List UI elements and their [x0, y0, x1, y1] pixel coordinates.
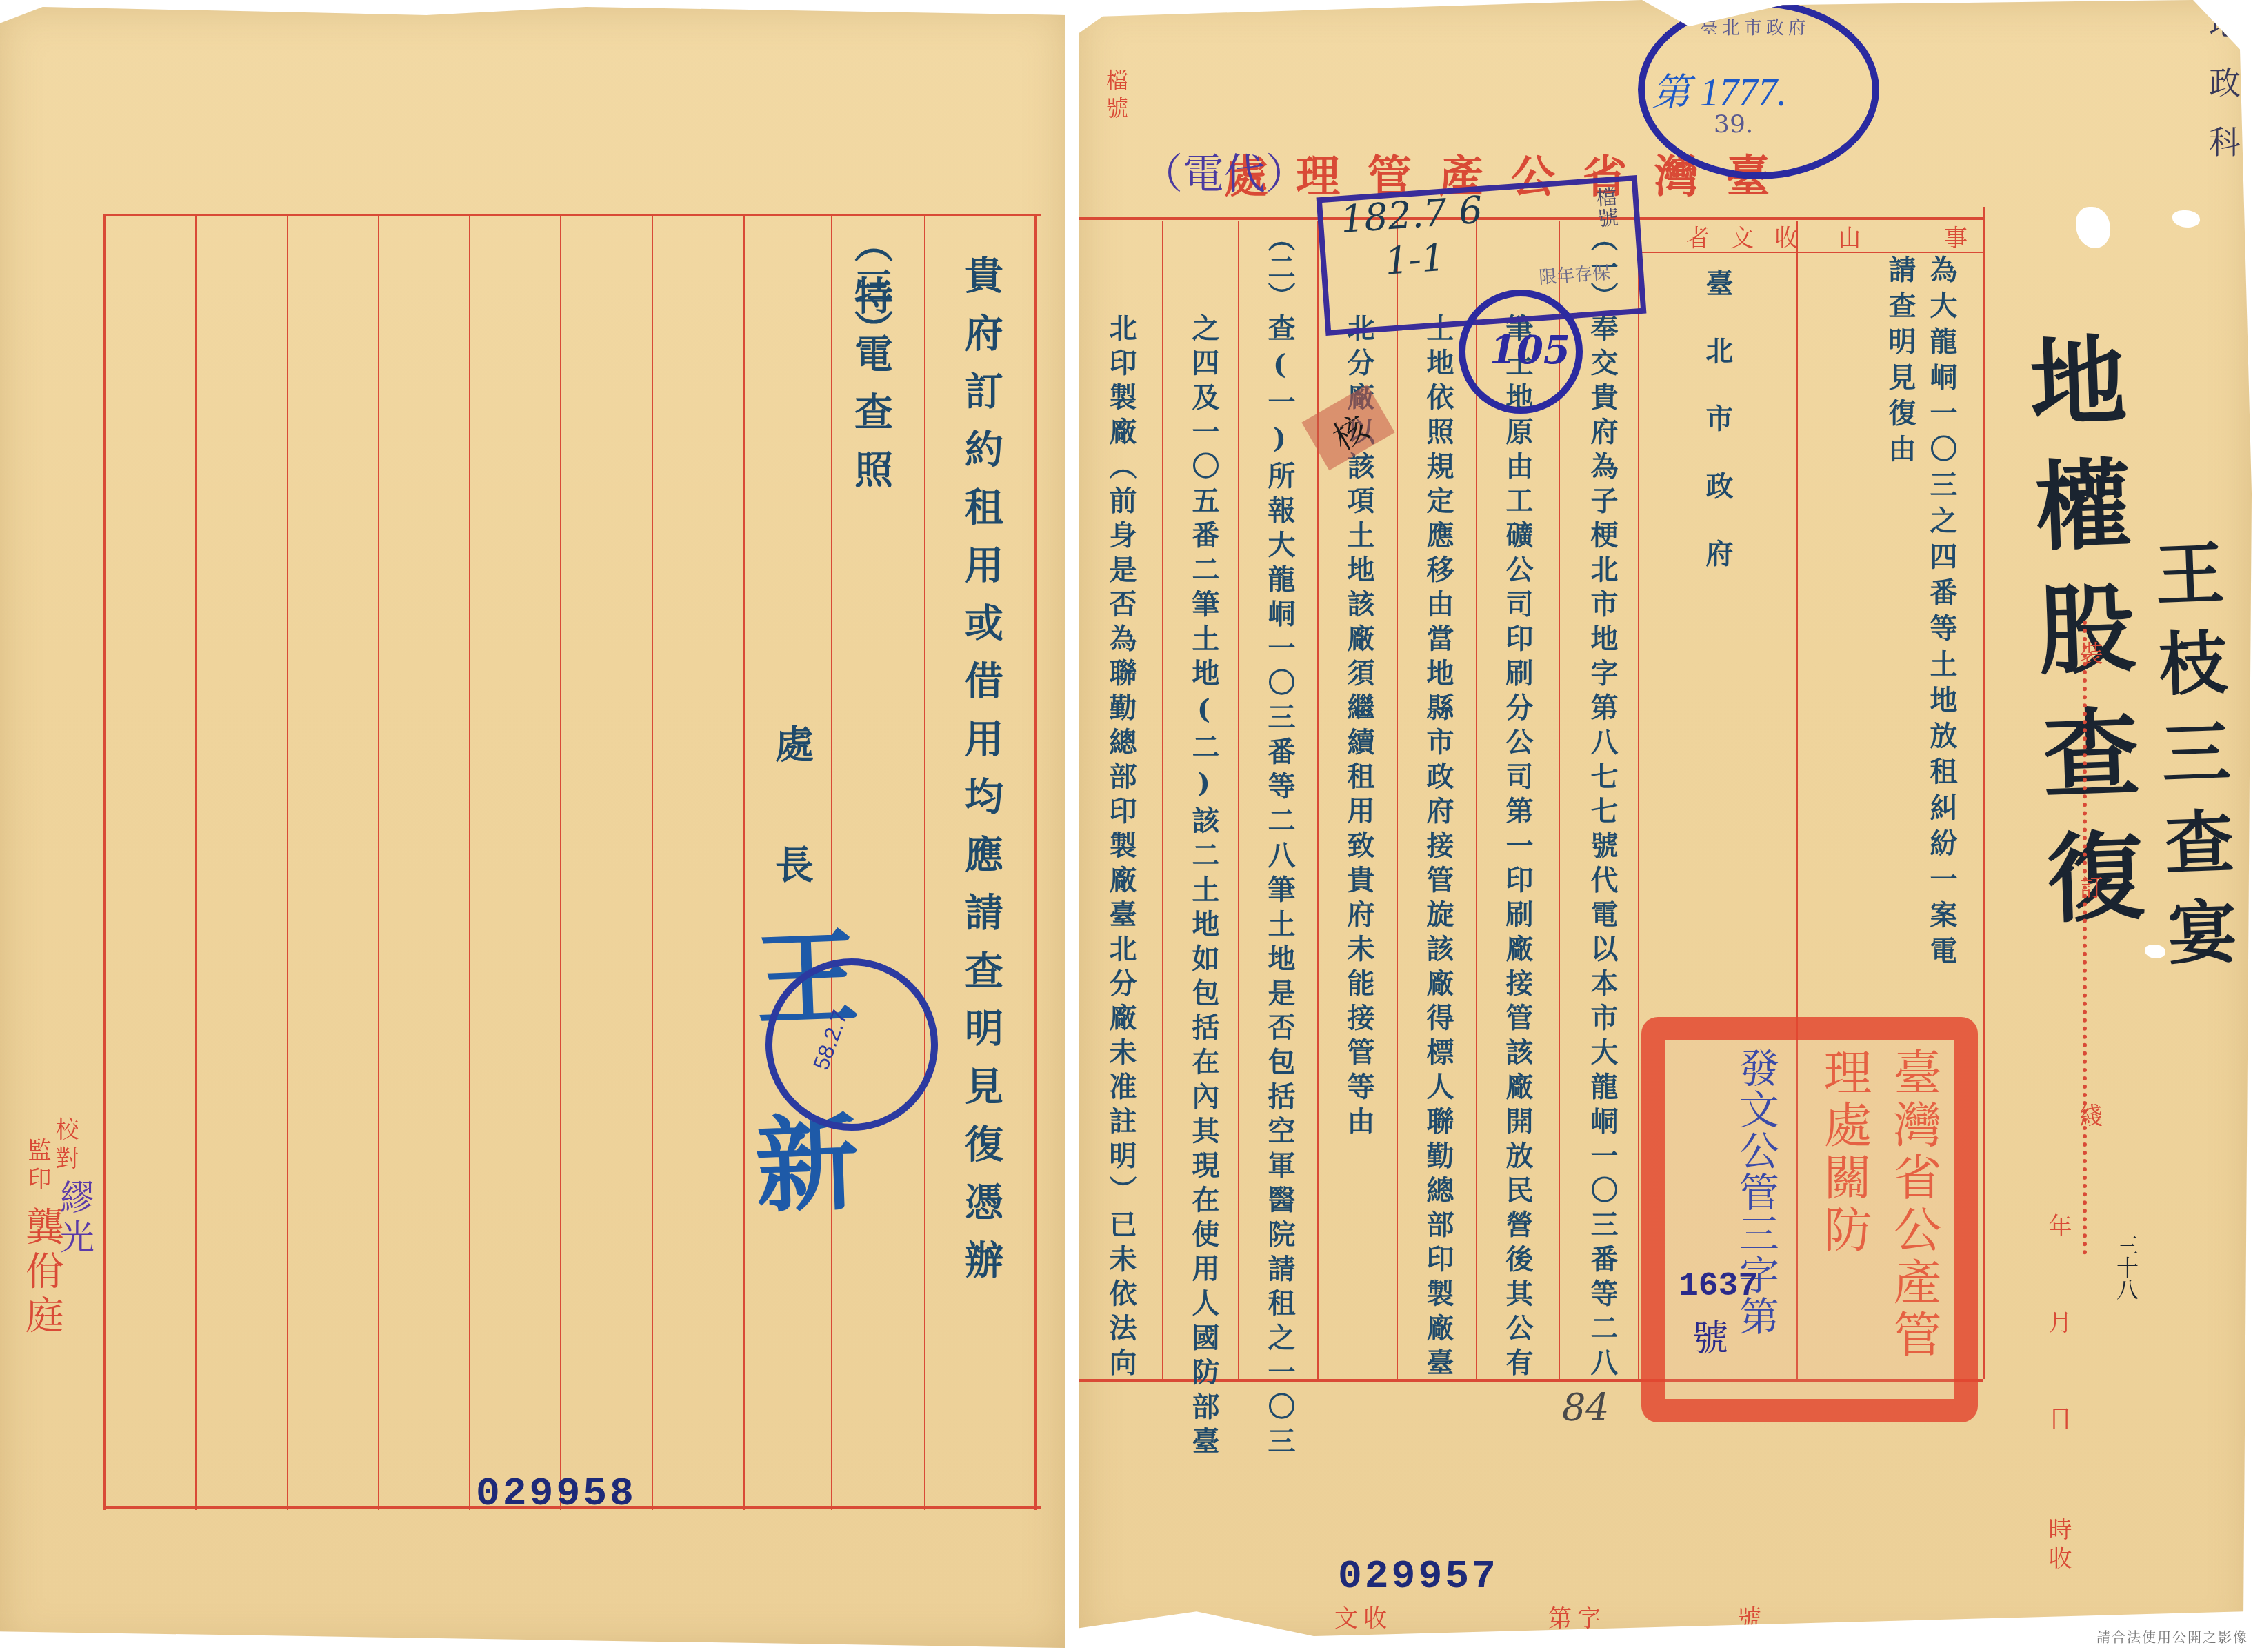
archive-value-2: 1-1 — [1383, 236, 1446, 283]
watermark-notice: 請合法使用公開之影像 — [2096, 1626, 2248, 1646]
body-item1-line3: 土地依照規定應移由當地縣市政府接管旋該廠得標人聯勤總部印製廠臺 — [1424, 314, 1452, 1382]
binding-dots — [2083, 621, 2087, 1255]
bottom-label-char: 字第 — [1548, 1600, 1606, 1633]
column-rule — [287, 214, 288, 1510]
bind-label-3: 綫 — [2072, 1103, 2106, 1132]
form-left-border — [103, 214, 106, 1510]
signatory-title-2: 長 — [772, 845, 811, 903]
bind-label-2: 訂 — [2072, 876, 2106, 905]
circle-mark-stamp: 105 — [1459, 290, 1583, 414]
file-number-label: 檔號 — [1100, 69, 1132, 124]
recipient-value: 臺北市政府 — [1703, 269, 1731, 607]
signatory-title-1: 處 — [772, 724, 811, 782]
official-seal: 臺灣省公產管理處關防 發文公管三字第 1637 號 — [1641, 1017, 1978, 1422]
dispatch-suffix: 號 — [1692, 1309, 1728, 1361]
page-count: 84 — [1562, 1386, 1610, 1429]
column-rule — [378, 214, 379, 1510]
column-rule — [560, 214, 561, 1510]
column-rule — [1397, 221, 1398, 1379]
archive-value-1: 182.7 6 — [1339, 188, 1484, 241]
column-rule — [1317, 221, 1319, 1379]
date-label-received: 時收 — [2041, 1517, 2075, 1575]
approval-seal: 核 — [1301, 385, 1394, 470]
item2-marker: （二） — [1265, 224, 1293, 311]
form-right-border — [1034, 214, 1037, 1510]
body-item1-line2: 筆土地原由工礦公司印刷分公司第一印刷廠接管該廠開放民營後其公有 — [1503, 314, 1531, 1382]
serial-right: 029957 — [1338, 1555, 1499, 1600]
receipt-year: 39. — [1714, 110, 1753, 139]
column-rule — [743, 214, 745, 1510]
bottom-label-number: 號 — [1738, 1600, 1761, 1633]
left-page: 貴府訂約租用或借用均應請查明見復憑辦 （三） 特電查照 處 長 王 新 58.2… — [0, 7, 1065, 1648]
column-rule — [1162, 221, 1163, 1379]
dispatch-number: 1637 — [1679, 1268, 1758, 1305]
handwritten-date: 三十八 — [2110, 1234, 2142, 1300]
body-item2-line4: 貴府訂約租用或借用均應請查明見復憑辦 — [962, 255, 1001, 1298]
form-top-border — [103, 214, 1041, 216]
right-page: 臺灣省公產管理處 （代電） 檔號 事由 收文者 為大龍峒一〇三之四番等土地放租糾… — [1079, 0, 2252, 1644]
date-label-year: 年 — [2041, 1213, 2075, 1242]
dated-seal-date: 58.2.7 — [808, 1007, 853, 1073]
column-rule — [195, 214, 197, 1510]
column-rule — [652, 214, 653, 1510]
circle-mark: 105 — [1490, 328, 1570, 373]
title-suffix: （代電） — [1141, 141, 1307, 201]
recipient-label: 收文者 — [1686, 219, 1819, 253]
column-rule — [1238, 221, 1239, 1379]
body-item2-line3: 北印製廠（前身是否為聯勤總部印製廠臺北分廠未准註明）已未依法向 — [1107, 314, 1134, 1382]
dated-seal: 58.2.7 — [765, 958, 938, 1131]
date-label-day: 日 — [2041, 1407, 2075, 1436]
handwritten-dept: 地政科 — [2200, 7, 2245, 185]
paper-hole — [2172, 210, 2200, 228]
proofread-label: 校對 — [48, 1117, 82, 1175]
subject-label: 事由 — [1838, 219, 2050, 253]
receipt-stamp: 臺北市政府 第 1777. 39. — [1638, 0, 1879, 179]
receipt-number: 第 1777. — [1652, 62, 1787, 117]
column-rule — [469, 214, 470, 1510]
body-item2-line1: 查(一)所報大龍峒一〇三番等二八筆土地是否包括空軍醫院請租之一〇三 — [1265, 314, 1293, 1461]
proofreader: 繆光 — [50, 1179, 99, 1259]
paper-hole — [2076, 207, 2110, 248]
column-rule — [831, 214, 832, 1510]
subject-line1: 為大龍峒一〇三之四番等土地放租糾紛一案電 — [1928, 255, 1955, 972]
date-label-month: 月 — [2041, 1310, 2075, 1339]
archive-label: 檔號 — [1588, 185, 1621, 229]
handwritten-side-note: 王枝三查宴 — [2134, 536, 2249, 988]
bind-label-1: 裝 — [2072, 641, 2106, 670]
body-item1-line1: 奉交貴府為子梗北市地字第八七七號代電以本市大龍峒一〇三番等二八 — [1588, 314, 1616, 1382]
body-item3-text: 特電查照 — [852, 276, 890, 507]
header-divider — [1638, 221, 1639, 1379]
archive-retention: 保存年限 — [1538, 259, 1611, 289]
column-rule — [924, 214, 925, 1510]
official-seal-text: 臺灣省公產管理處關防 — [1810, 1047, 1949, 1364]
form-right-border — [1983, 207, 1985, 1379]
receipt-stamp-org: 臺北市政府 — [1700, 14, 1810, 39]
bottom-label-received: 收文 — [1334, 1600, 1392, 1633]
body-item2-line2: 之四及一〇五番二筆土地(二)該二土地如包括在內其現在使用人國防部臺 — [1190, 314, 1217, 1461]
subject-line2: 請查明見復由 — [1886, 255, 1914, 470]
serial-left: 029958 — [476, 1472, 637, 1517]
